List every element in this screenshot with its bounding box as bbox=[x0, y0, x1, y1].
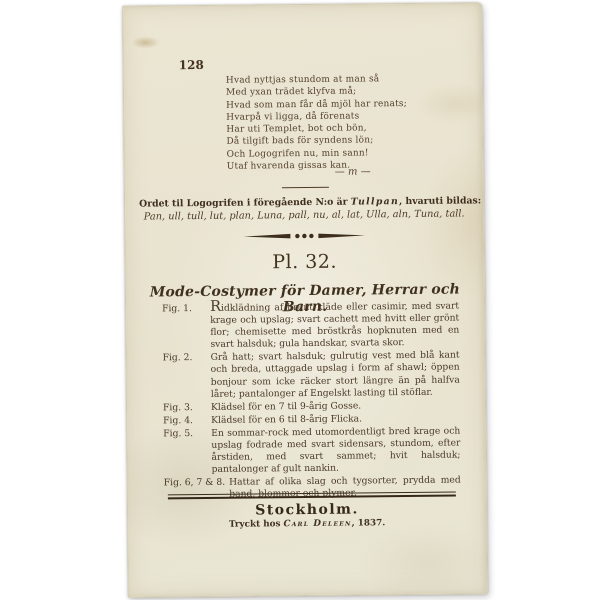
figure-label: Fig. 2. bbox=[162, 352, 210, 401]
logogriph-answer-note: Ordet til Logogrifen i föregående N:o är… bbox=[139, 195, 471, 209]
logogriph-answer-word: Tullpan bbox=[351, 196, 399, 207]
imprint-printer-name: Carl Deleen bbox=[283, 519, 351, 530]
figure-text: Ridklädning af brunt kläde eller casimir… bbox=[210, 301, 459, 352]
imprint-year: , 1837. bbox=[352, 518, 386, 528]
section-divider-rule bbox=[282, 187, 329, 188]
scanned-page: 128 Hvad nyttjas stundom at man så Med y… bbox=[122, 2, 488, 597]
poem-line: Hvad som man får då mjöl har renats; bbox=[226, 98, 407, 112]
figure-text: Klädsel för en 6 til 8-årig Flicka. bbox=[211, 412, 460, 426]
logogriph-note-prefix: Ordet til Logogrifen i föregående N:o är bbox=[139, 197, 351, 210]
poem-line: Utaf hvarenda gissas kan. bbox=[227, 159, 408, 173]
poem: Hvad nyttjas stundom at man så Med yxan … bbox=[226, 73, 408, 173]
swelled-rule-ornament-icon bbox=[243, 230, 365, 241]
logogriph-word-list: Pan, ull, tull, lut, plan, Luna, pall, n… bbox=[131, 208, 477, 222]
figure-text: Grå hatt; svart halsduk; gulrutig vest m… bbox=[210, 350, 459, 401]
figure-label: Fig. 1. bbox=[162, 303, 210, 352]
figure-row: Fig. 1. Ridklädning af brunt kläde eller… bbox=[162, 301, 459, 352]
logogriph-note-suffix: , hvaruti bildas: bbox=[399, 195, 481, 207]
figure-descriptions: Fig. 1. Ridklädning af brunt kläde eller… bbox=[162, 301, 461, 503]
imprint-printer-line: Tryckt hos Carl Deleen, 1837. bbox=[128, 517, 486, 530]
figure-row: Fig. 5. En sommar-rock med utomordentlig… bbox=[163, 425, 460, 476]
page-number: 128 bbox=[179, 58, 204, 72]
scan-background: { "colors": { "background": "#ffffff", "… bbox=[0, 0, 600, 600]
figure-label: Fig. 5. bbox=[163, 428, 211, 477]
imprint-prefix: Tryckt hos bbox=[229, 519, 284, 530]
plate-number: Pl. 32. bbox=[126, 249, 484, 274]
figure-text: En sommar-rock med utomordentligt bred k… bbox=[211, 425, 460, 476]
poem-author-signature: — m — bbox=[335, 166, 371, 177]
divider-ornament bbox=[125, 229, 483, 242]
figure-label: Fig. 3. bbox=[163, 402, 211, 415]
figure-label: Fig. 4. bbox=[163, 415, 211, 428]
figure-row: Fig. 2. Grå hatt; svart halsduk; gulruti… bbox=[162, 350, 459, 401]
figure-text: Klädsel för en 7 til 9-årig Gosse. bbox=[211, 399, 460, 413]
